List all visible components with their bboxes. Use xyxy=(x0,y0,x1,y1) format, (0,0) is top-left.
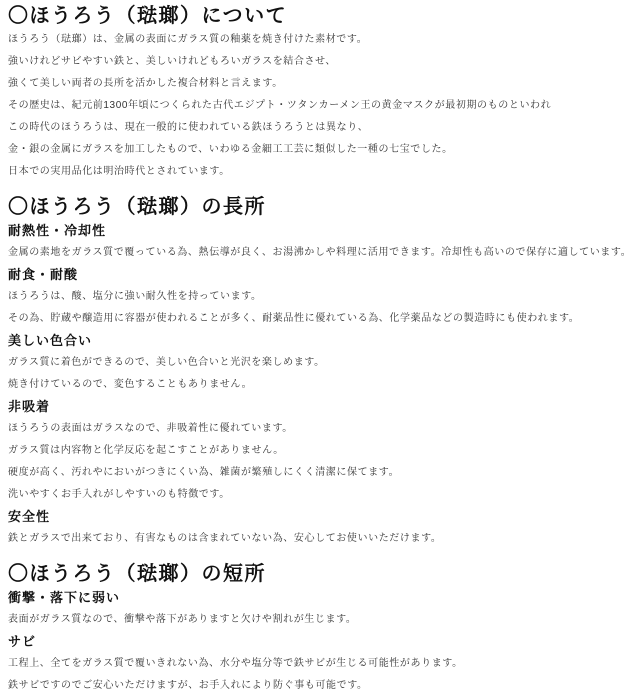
paragraph: 表面がガラス質なので、衝撃や落下がありますと欠けや割れが生じます。 xyxy=(8,609,632,631)
section-heading-demerits: 〇ほうろう（琺瑯）の短所 xyxy=(8,562,632,587)
paragraph: この時代のほうろうは、現在一般的に使われている鉄ほうろうとは異なり、 xyxy=(8,117,632,139)
paragraph: 金・銀の金属にガラスを加工したもので、いわゆる金細工工芸に類似した一種の七宝でし… xyxy=(8,139,632,161)
document-page: 〇ほうろう（琺瑯）について ほうろう（琺瑯）は、金属の表面にガラス質の釉薬を焼き… xyxy=(0,0,640,698)
paragraph: ほうろうは、酸、塩分に強い耐久性を持っています。 xyxy=(8,286,632,308)
paragraph: ほうろうの表面はガラスなので、非吸着性に優れています。 xyxy=(8,418,632,440)
paragraph: その歴史は、紀元前1300年頃につくられた古代エジプト・ツタンカーメン王の黄金マ… xyxy=(8,95,632,117)
paragraph: 日本での実用品化は明治時代とされています。 xyxy=(8,161,632,183)
paragraph: ガラス質に着色ができるので、美しい色合いと光沢を楽しめます。 xyxy=(8,352,632,374)
paragraph: 工程上、全てをガラス質で覆いきれない為、水分や塩分等で鉄サビが生じる可能性があり… xyxy=(8,653,632,675)
subsection-title-beautiful-color: 美しい色合い xyxy=(8,330,632,352)
section-heading-merits: 〇ほうろう（琺瑯）の長所 xyxy=(8,195,632,220)
paragraph: ガラス質は内容物と化学反応を起こすことがありません。 xyxy=(8,440,632,462)
paragraph: ほうろう（琺瑯）は、金属の表面にガラス質の釉薬を焼き付けた素材です。 xyxy=(8,29,632,51)
paragraph: 鉄サビですのでご安心いただけますが、お手入れにより防ぐ事も可能です。 xyxy=(8,675,632,697)
paragraph: 強くて美しい両者の長所を活かした複合材料と言えます。 xyxy=(8,73,632,95)
section-heading-about: 〇ほうろう（琺瑯）について xyxy=(8,4,632,29)
paragraph: 強いけれどサビやすい鉄と、美しいけれどもろいガラスを結合させ、 xyxy=(8,51,632,73)
subsection-title-corrosion-resistance: 耐食・耐酸 xyxy=(8,264,632,286)
paragraph: 焼き付けているので、変色することもありません。 xyxy=(8,374,632,396)
subsection-title-rust: サビ xyxy=(8,631,632,653)
section-merits: 〇ほうろう（琺瑯）の長所 耐熱性・冷却性 金属の素地をガラス質で覆っている為、熱… xyxy=(8,195,632,550)
paragraph: 鉄とガラスで出来ており、有害なものは含まれていない為、安心してお使いいただけます… xyxy=(8,528,632,550)
paragraph: その為、貯蔵や醸造用に容器が使われることが多く、耐薬品性に優れている為、化学薬品… xyxy=(8,308,632,330)
section-about: 〇ほうろう（琺瑯）について ほうろう（琺瑯）は、金属の表面にガラス質の釉薬を焼き… xyxy=(8,4,632,183)
subsection-title-non-adsorption: 非吸着 xyxy=(8,396,632,418)
paragraph: 硬度が高く、汚れやにおいがつきにくい為、雑菌が繁殖しにくく清潔に保てます。 xyxy=(8,462,632,484)
subsection-title-safety: 安全性 xyxy=(8,506,632,528)
paragraph: 洗いやすくお手入れがしやすいのも特徴です。 xyxy=(8,484,632,506)
section-demerits: 〇ほうろう（琺瑯）の短所 衝撃・落下に弱い 表面がガラス質なので、衝撃や落下があ… xyxy=(8,562,632,697)
subsection-title-impact-weakness: 衝撃・落下に弱い xyxy=(8,587,632,609)
paragraph: 金属の素地をガラス質で覆っている為、熱伝導が良く、お湯沸かしや料理に活用できます… xyxy=(8,242,632,264)
subsection-title-heat-resistance: 耐熱性・冷却性 xyxy=(8,220,632,242)
